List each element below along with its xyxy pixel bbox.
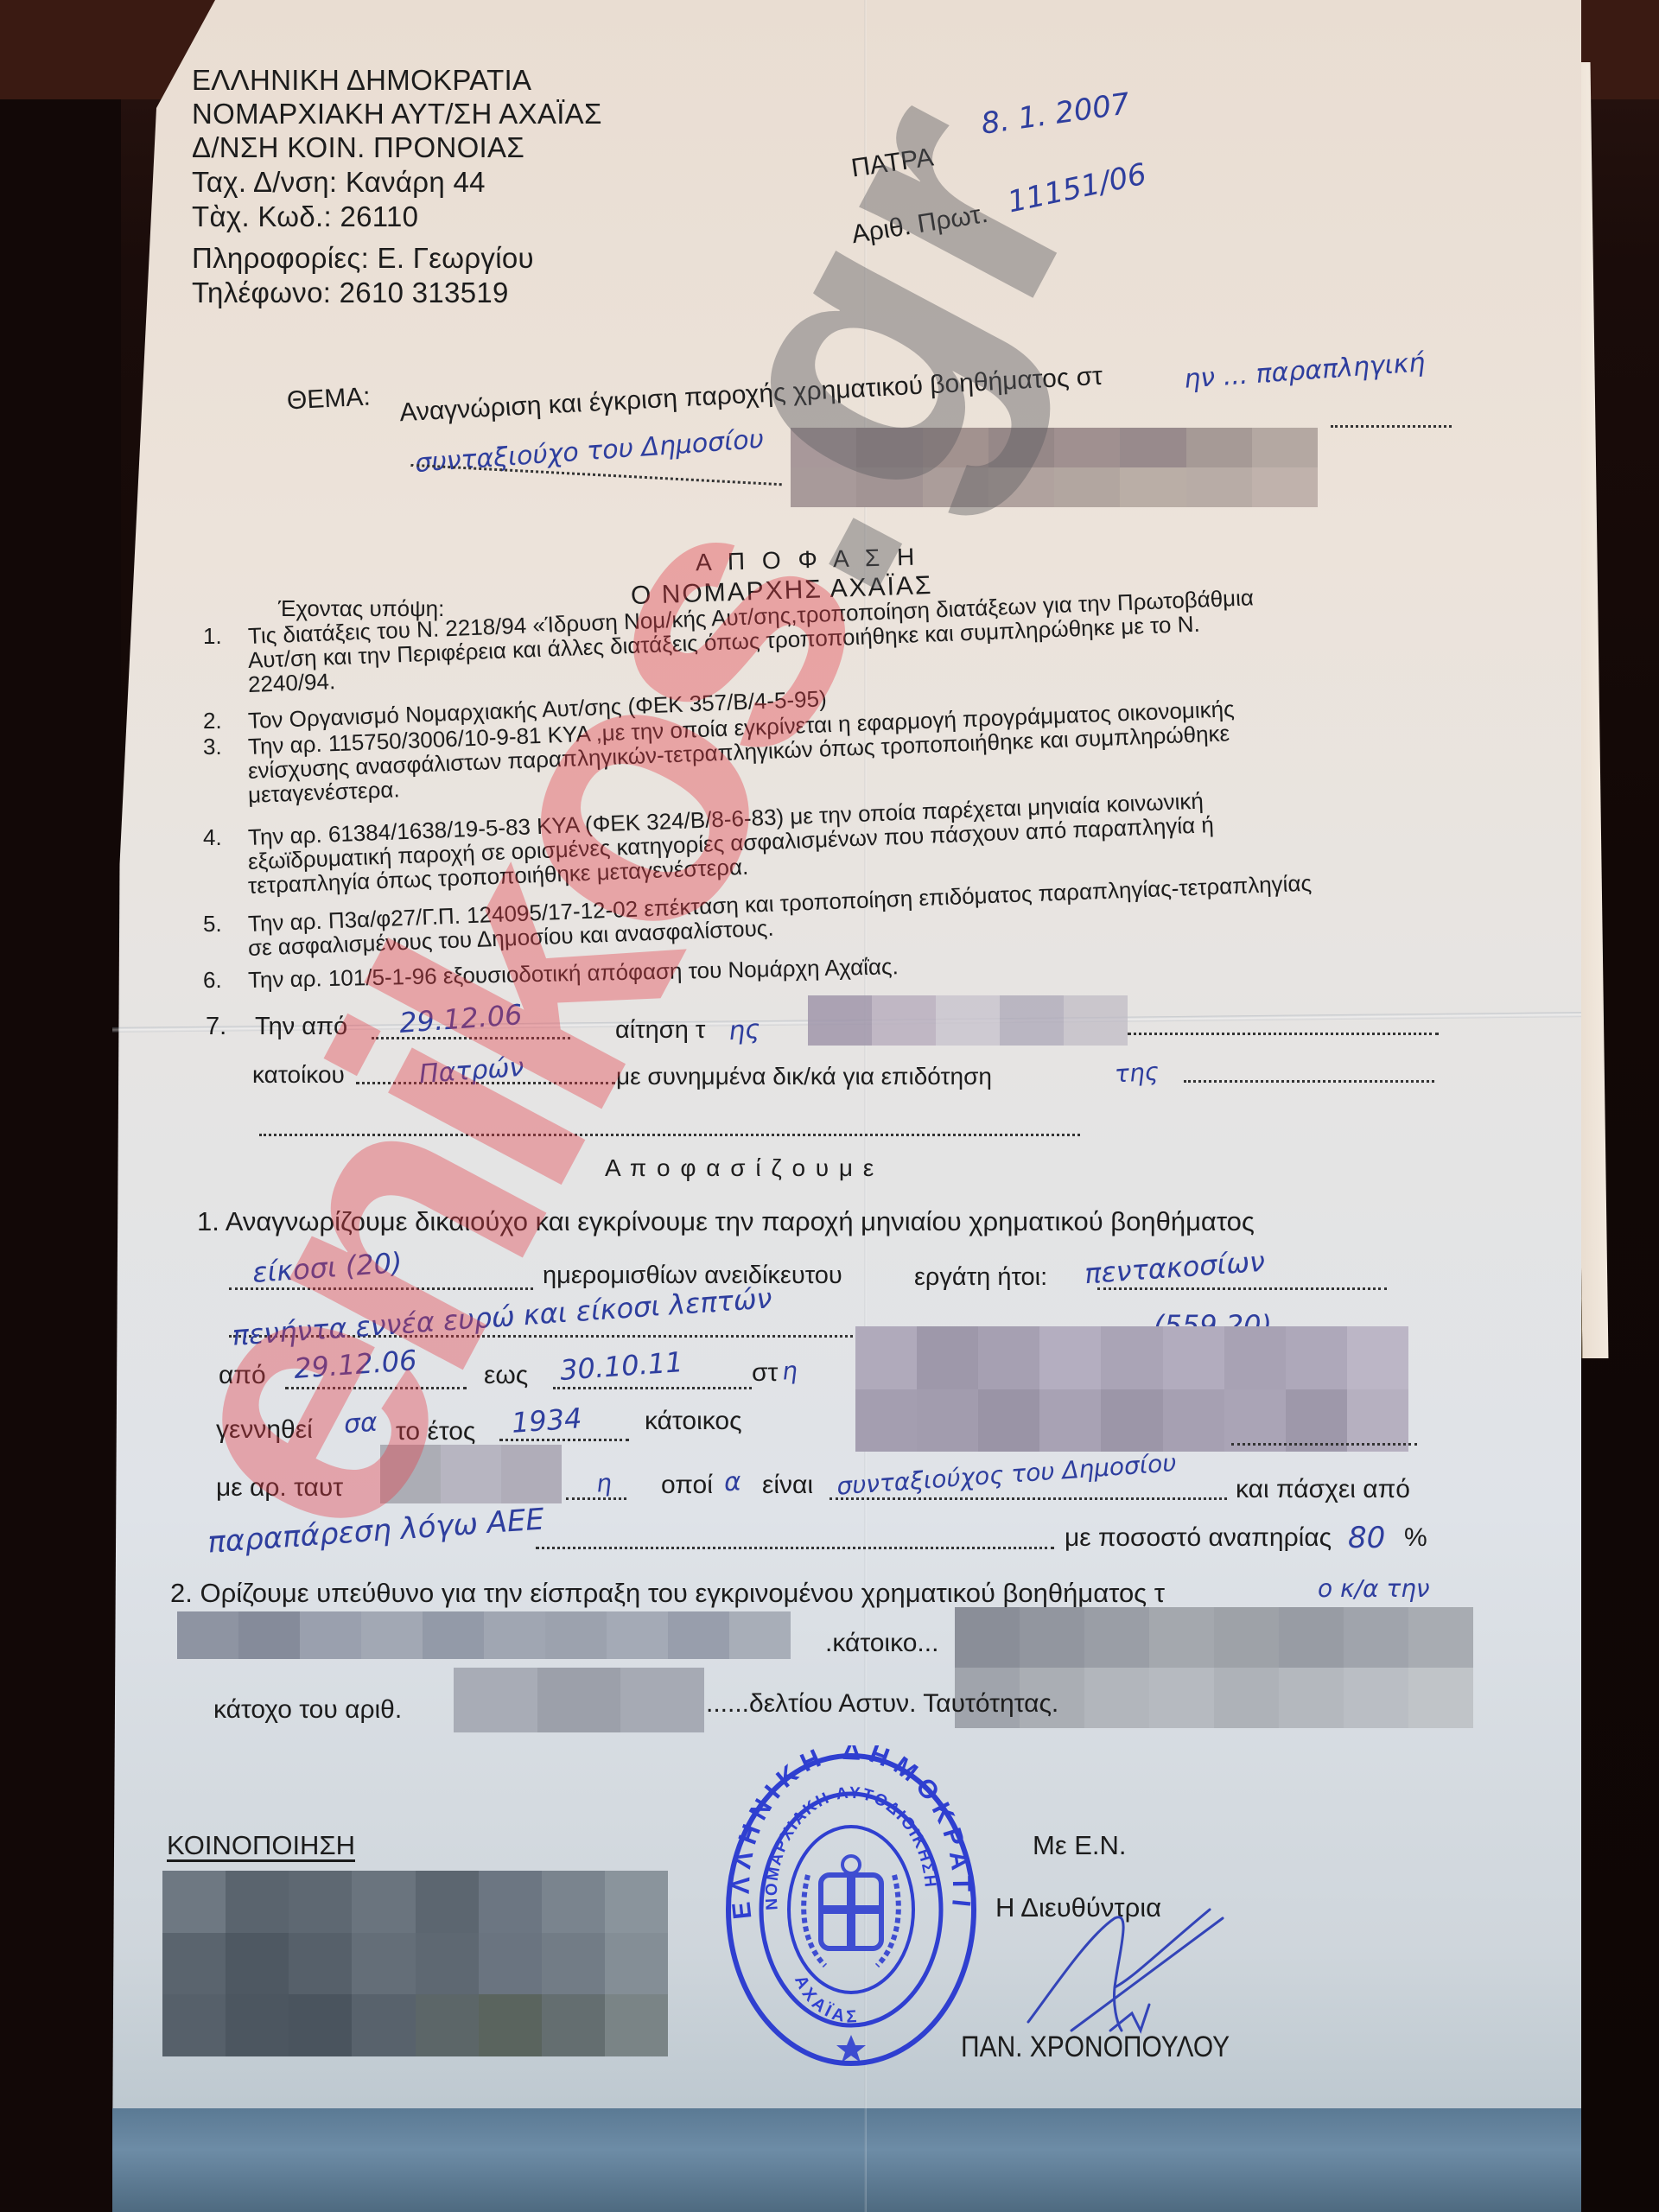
svg-text:ΕΛΛΗΝΙΚΗ ΔΗΜΟΚΡΑΤΙΑ: ΕΛΛΗΝΙΚΗ ΔΗΜΟΚΡΑΤΙΑ bbox=[717, 1745, 976, 1921]
item7-num: 7. bbox=[206, 1013, 226, 1041]
item7-handwritten-suffix: ης bbox=[728, 1014, 761, 1046]
consideration-number: 3. bbox=[203, 734, 222, 759]
from-label: από bbox=[219, 1361, 266, 1390]
fill-line bbox=[1097, 1287, 1387, 1290]
fill-line bbox=[1231, 1443, 1417, 1446]
postcode-line: Τὰχ. Κωδ.: 26110 bbox=[192, 200, 418, 232]
year-hw: 1934 bbox=[511, 1402, 583, 1440]
fill-line bbox=[566, 1497, 626, 1500]
to-suffix-label: στ bbox=[752, 1358, 778, 1388]
signature-icon bbox=[1020, 1901, 1227, 2048]
fill-line bbox=[499, 1439, 629, 1441]
info-line: Πληροφορίες: Ε. Γεωργίου bbox=[192, 242, 534, 274]
fill-line bbox=[229, 1287, 533, 1290]
docs-text: με συνημμένα δικ/κά για επιδότηση bbox=[616, 1063, 992, 1090]
org-line-3: Δ/ΝΣΗ ΚΟΙΝ. ΠΡΟΝΟΙΑΣ bbox=[192, 131, 524, 163]
days-handwritten: είκοσι (20) bbox=[251, 1246, 404, 1289]
clause2-line1-hw: ο κ/α την bbox=[1318, 1574, 1430, 1603]
address-line: Ταχ. Δ/νση: Κανάρη 44 bbox=[192, 166, 486, 198]
item7-prefix: Την από bbox=[255, 1013, 347, 1041]
clause2-id-text: ......δελτίου Αστυν. Ταυτότητας. bbox=[706, 1689, 1058, 1719]
redacted-block bbox=[808, 995, 1128, 1046]
fill-line bbox=[1331, 425, 1452, 428]
redacted-block bbox=[380, 1445, 562, 1503]
redacted-block bbox=[454, 1668, 704, 1732]
notify-label: ΚΟΙΝΟΠΟΙΗΣΗ bbox=[167, 1830, 355, 1861]
who-label: οποί bbox=[661, 1471, 713, 1500]
suffers-label: και πάσχει από bbox=[1236, 1475, 1410, 1504]
consideration-number: 2. bbox=[203, 709, 222, 733]
is-label: είναι bbox=[762, 1471, 813, 1500]
born-label: γεννηθεί bbox=[216, 1415, 313, 1445]
from-date: 29.12.06 bbox=[293, 1344, 418, 1385]
id-label: με αρ. ταυτ bbox=[216, 1473, 343, 1503]
disability-hw: 80 bbox=[1348, 1521, 1385, 1555]
redacted-block bbox=[177, 1611, 791, 1659]
consideration-number: 6. bbox=[203, 968, 222, 992]
item7-date-handwritten: 29.12.06 bbox=[398, 998, 524, 1039]
to-suffix-hw: η bbox=[781, 1356, 798, 1385]
org-line-1: ΕΛΛΗΝΙΚΗ ΔΗΜΟΚΡΑΤΙΑ bbox=[192, 64, 531, 96]
subject-handwritten-2: συνταξιούχο του Δημοσίου bbox=[414, 424, 765, 479]
amount-words-2: πενήντα εννέα ευρώ και είκοσι λεπτών bbox=[231, 1281, 772, 1352]
subject-text: Αναγνώριση και έγκριση παροχής χρηματικο… bbox=[399, 362, 1103, 429]
fill-line bbox=[536, 1547, 1054, 1549]
consideration-line: μεταγενέστερα. bbox=[247, 777, 400, 807]
consideration-line: 2240/94. bbox=[247, 669, 335, 696]
redacted-block bbox=[791, 428, 1318, 507]
by-order-text: Με Ε.Ν. bbox=[1033, 1830, 1127, 1861]
consideration-number: 1. bbox=[203, 624, 222, 648]
fill-line bbox=[285, 1387, 467, 1389]
is-hw: συνταξιούχος του Δημοσίου bbox=[836, 1448, 1177, 1500]
percent-sign: % bbox=[1404, 1523, 1427, 1553]
who-hw: α bbox=[723, 1466, 742, 1497]
resident-label: κάτοικος bbox=[645, 1407, 742, 1436]
consideration-number: 5. bbox=[203, 912, 222, 936]
redacted-block bbox=[162, 1871, 668, 2056]
subject-handwritten-1: ην ... παραπληγική bbox=[1183, 347, 1426, 394]
item7-middle: αίτηση τ bbox=[615, 1016, 705, 1045]
fill-line bbox=[1128, 1033, 1439, 1035]
residence-label: κατοίκου bbox=[252, 1061, 345, 1089]
protocol-label: Αριθ. Πρωτ. bbox=[849, 200, 989, 250]
docs-handwritten: της bbox=[1114, 1057, 1160, 1088]
svg-text:ΑΧΑΪΑΣ: ΑΧΑΪΑΣ bbox=[791, 1973, 861, 2027]
date-handwritten: 8. 1. 2007 bbox=[979, 86, 1132, 142]
days-text: ημερομισθίων ανειδίκευτου bbox=[543, 1262, 842, 1290]
fill-line bbox=[553, 1387, 752, 1389]
fill-line bbox=[829, 1497, 1227, 1500]
document-content: ΕΛΛΗΝΙΚΗ ΔΗΜΟΚΡΑΤΙΑ ΝΟΜΑΡΧΙΑΚΗ ΑΥΤ/ΣΗ ΑΧ… bbox=[0, 0, 1659, 2212]
consideration-line: Την αρ. 101/5-1-96 εξουσιοδοτική απόφαση… bbox=[248, 954, 899, 992]
redacted-block bbox=[855, 1326, 1408, 1452]
fill-line bbox=[259, 1134, 1080, 1136]
condition-hw: παραπάρεση λόγω ΑΕΕ bbox=[207, 1502, 545, 1560]
clause2-line1: 2. Ορίζουμε υπεύθυνο για την είσπραξη το… bbox=[170, 1578, 1165, 1609]
place-label: ΠΑΤΡΑ bbox=[849, 143, 935, 184]
to-date: 30.10.11 bbox=[559, 1345, 684, 1387]
clause2-holder-text: κάτοχο του αριθ. bbox=[213, 1695, 402, 1725]
subject-label: ΘΕΜΑ: bbox=[286, 382, 371, 416]
resolution-title: Α π ο φ α σ ί ζ ο υ μ ε bbox=[605, 1154, 875, 1182]
worker-text: εργάτη ήτοι: bbox=[914, 1263, 1047, 1292]
disability-label: με ποσοστό αναπηρίας bbox=[1065, 1523, 1332, 1553]
amount-words-1: πεντακοσίων bbox=[1084, 1245, 1266, 1290]
protocol-handwritten: 11151/06 bbox=[1005, 157, 1150, 220]
fill-line bbox=[1184, 1080, 1434, 1083]
consideration-number: 4. bbox=[203, 825, 222, 849]
decision-title: Α Π Ο Φ Α Σ Η bbox=[696, 543, 920, 577]
year-label: το έτος bbox=[396, 1417, 475, 1446]
org-line-2: ΝΟΜΑΡΧΙΑΚΗ ΑΥΤ/ΣΗ ΑΧΑΪΑΣ bbox=[192, 98, 602, 130]
clause1-line1: 1. Αναγνωρίζουμε δικαιούχο και εγκρίνουμ… bbox=[197, 1206, 1255, 1237]
to-label: εως bbox=[484, 1361, 528, 1390]
born-hw: σα bbox=[343, 1408, 378, 1440]
clause2-resident-text: .κάτοικο... bbox=[825, 1629, 938, 1658]
id-suffix-hw: η bbox=[595, 1468, 613, 1497]
phone-line: Τηλέφωνο: 2610 313519 bbox=[192, 276, 509, 308]
official-stamp-icon: ΕΛΛΗΝΙΚΗ ΔΗΜΟΚΡΑΤΙΑ ΝΟΜΑΡΧΙΑΚΗ ΑΥΤΟΔΙΟΙΚ… bbox=[717, 1745, 985, 2074]
